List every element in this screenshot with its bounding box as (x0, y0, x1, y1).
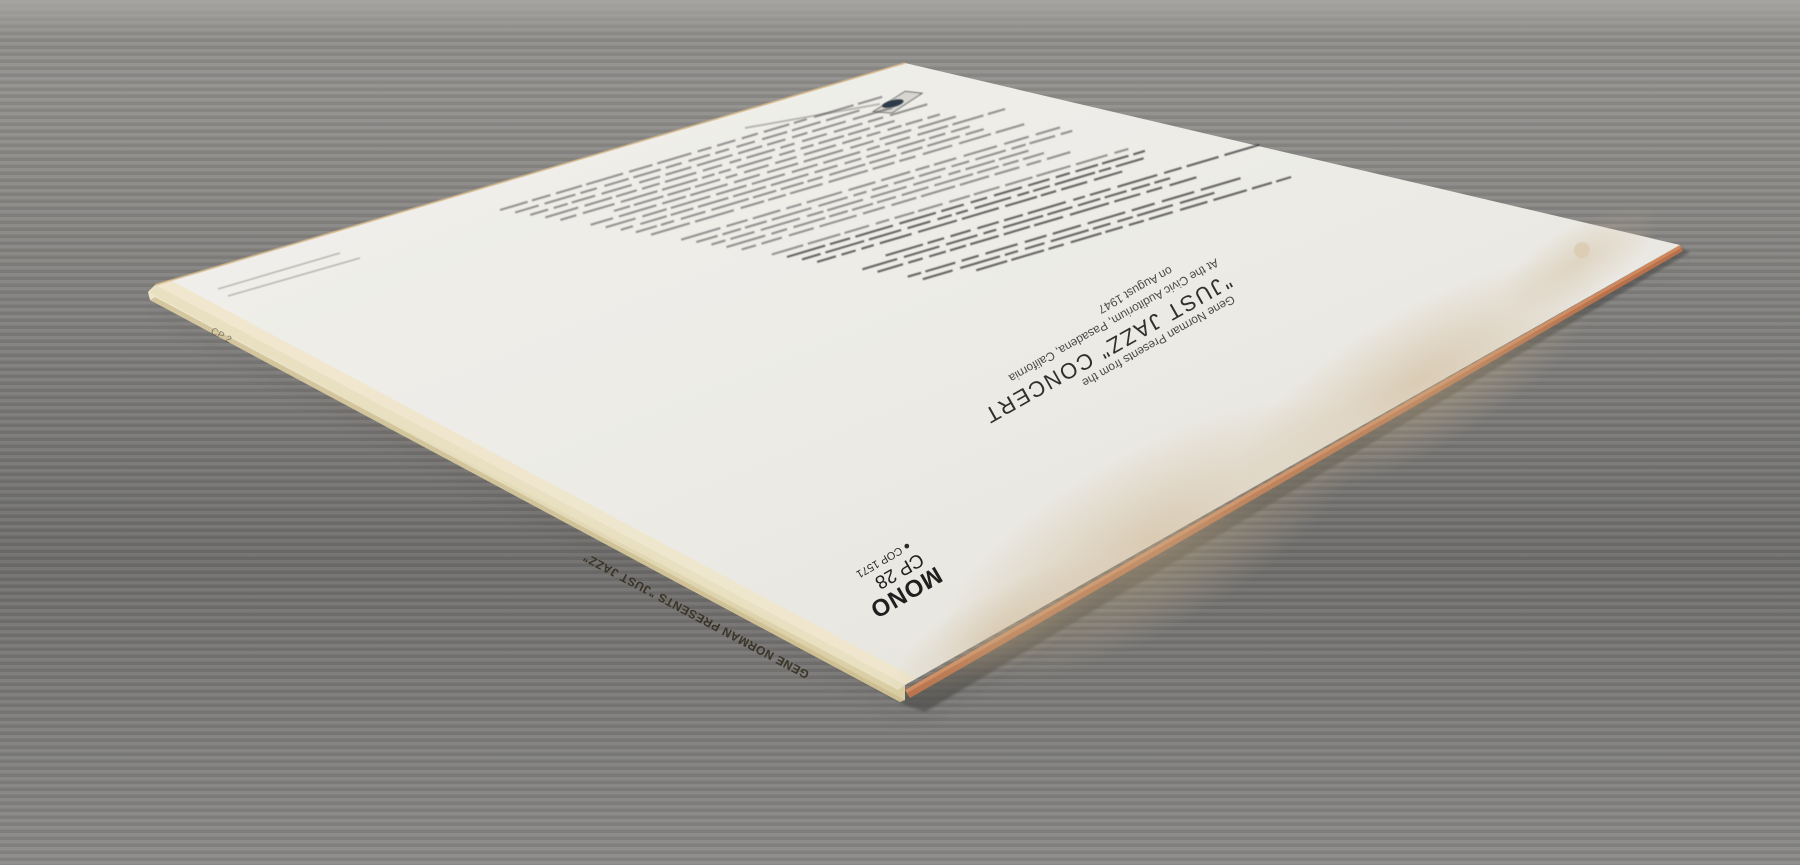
photo-scene: Gene Norman Presents from the "JUST JAZZ… (0, 0, 1800, 865)
stain-spot (1574, 242, 1590, 258)
